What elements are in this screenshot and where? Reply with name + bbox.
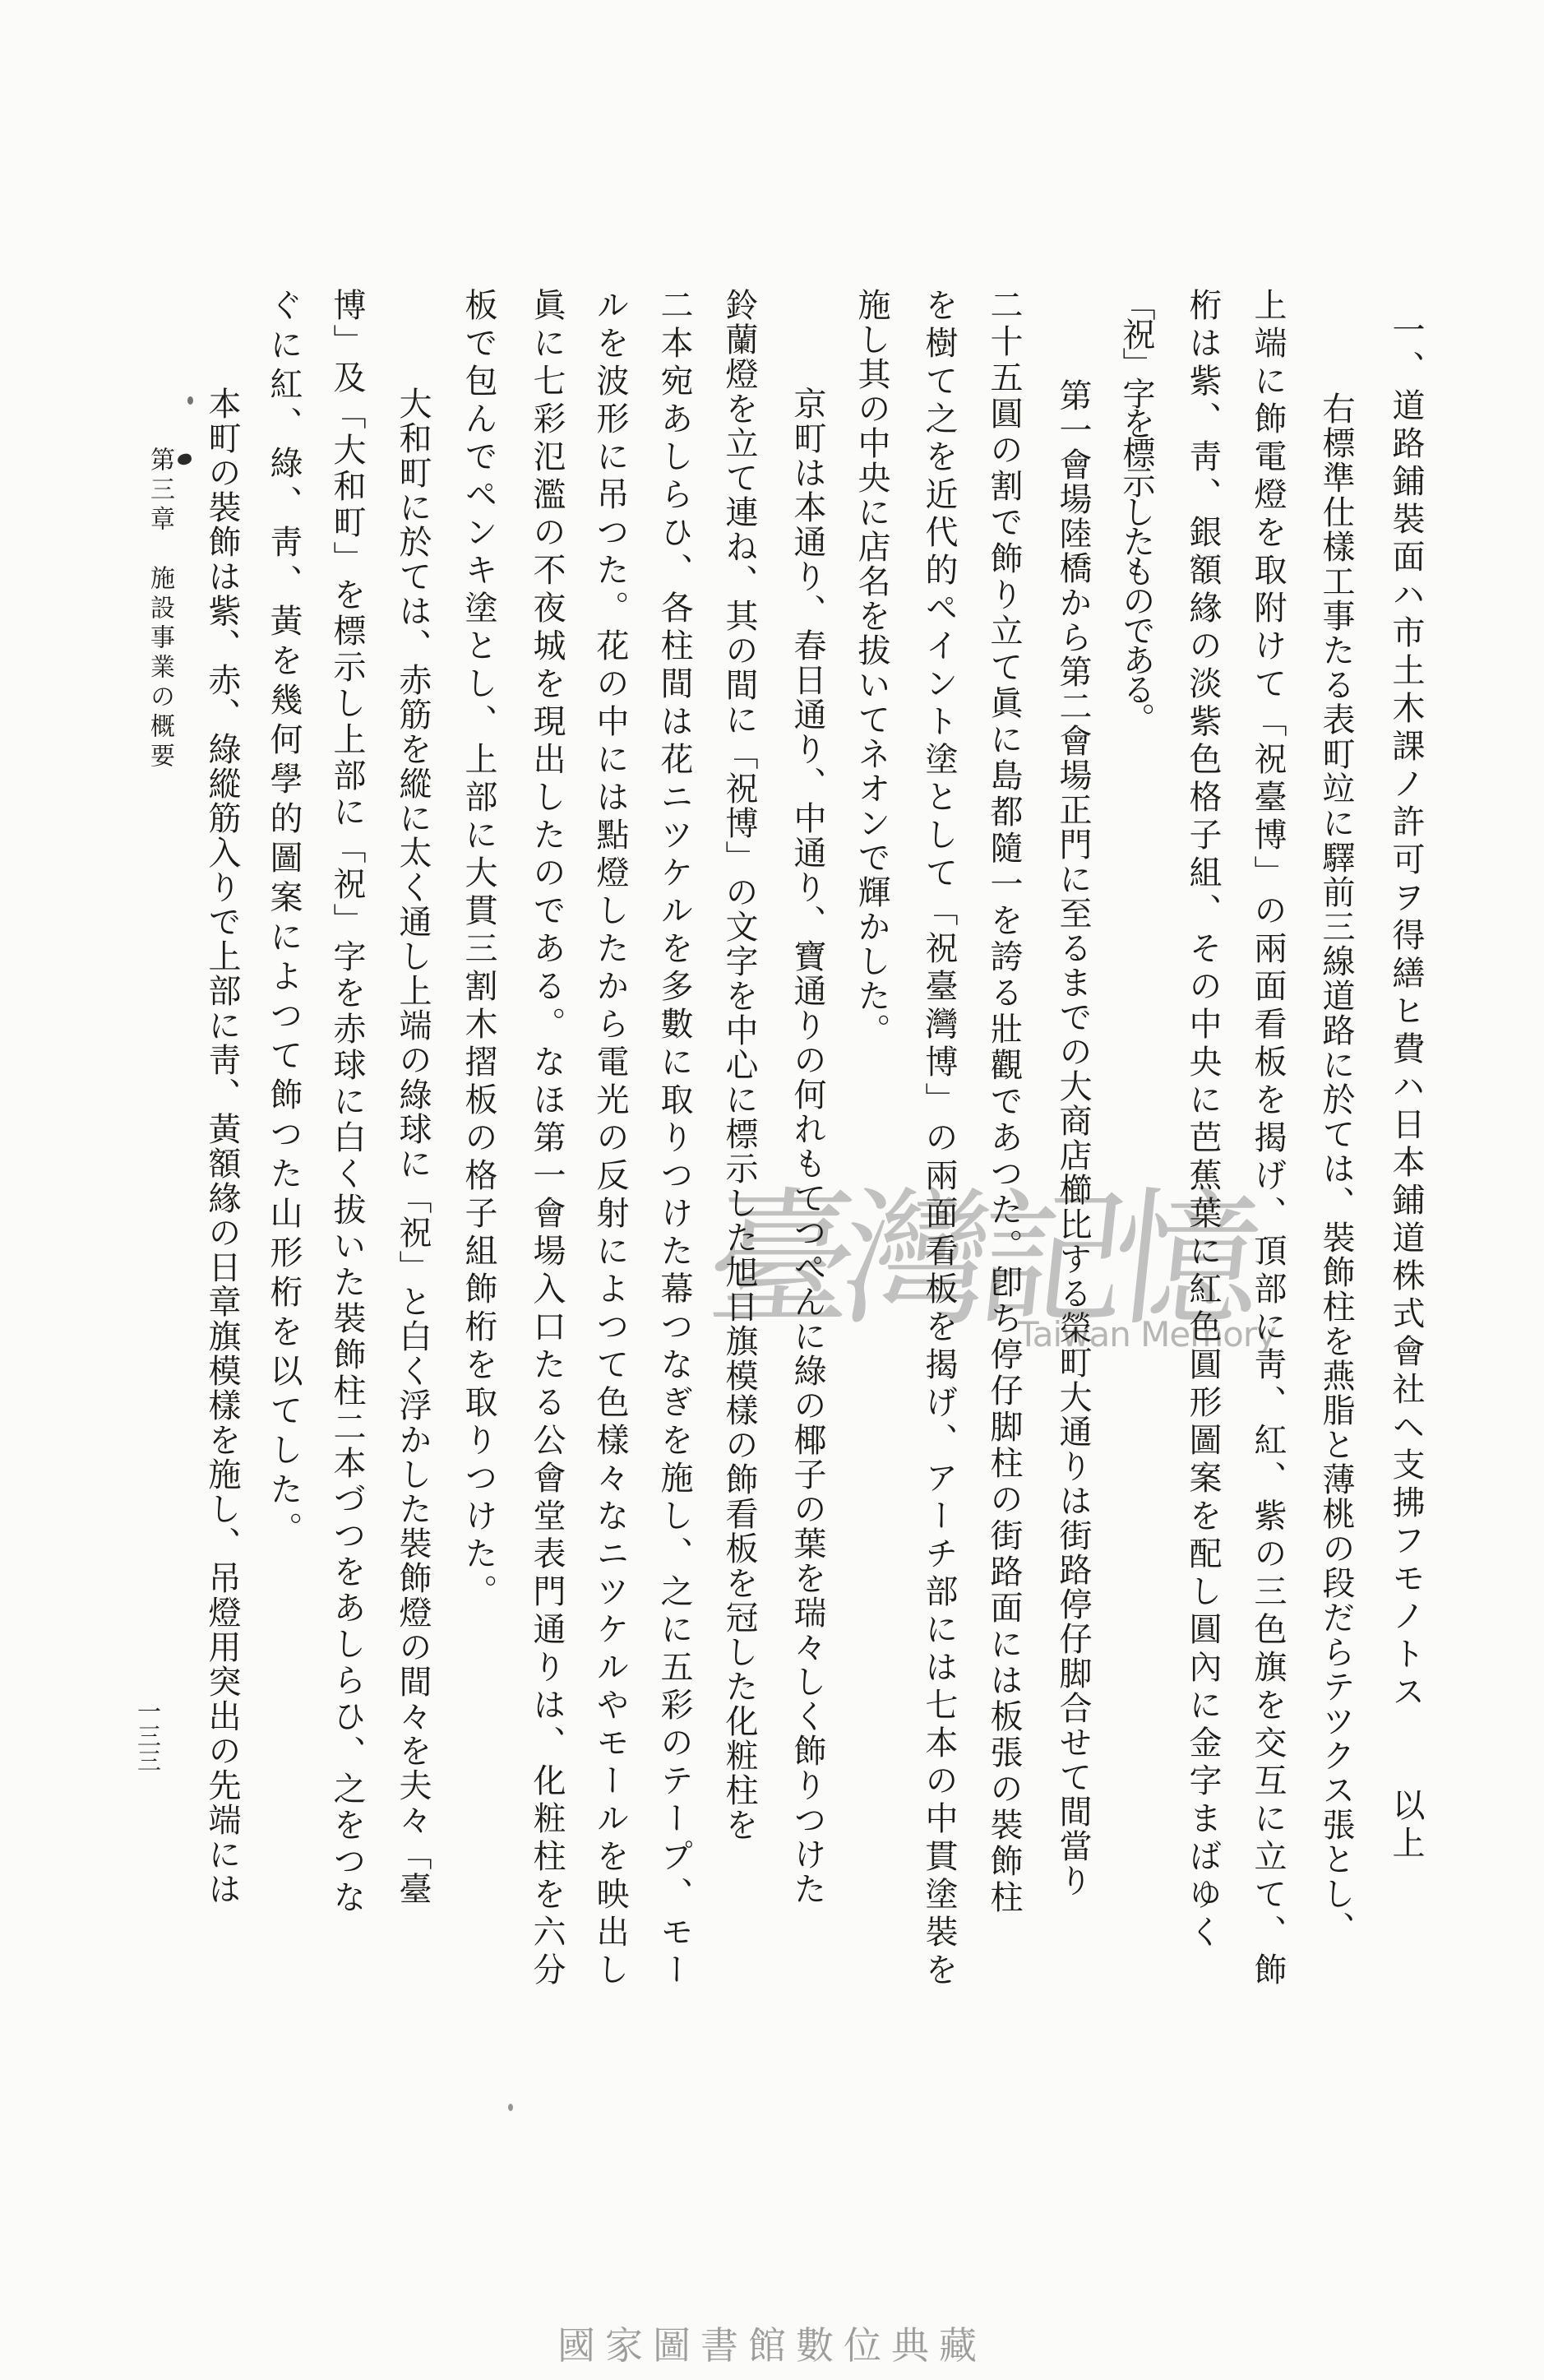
- text-column-16: 大和町に於ては、赤筋を縱に太く通し上端の綠球に「祝」と白く浮かした裝飾燈の間々を…: [396, 387, 429, 1906]
- text-column-11: 鈴蘭燈を立て連ね、其の間に「祝博」の文字を中心に標示した旭日旗模樣の飾看板を冠し…: [723, 288, 756, 1842]
- page-number: 一三三: [136, 1699, 159, 1773]
- text-column-5: 「祝」字を標示したものである。: [1120, 288, 1153, 732]
- scanned-book-page: 臺灣記憶 Taiwan Memory 第三章 施設事業の概要 一、道路鋪裝面ハ市…: [0, 0, 1544, 2380]
- text-column-13: ルを波形に吊つた。花の中には點燈したから電光の反射によつて色樣々なニツケルやモー…: [594, 288, 626, 1990]
- text-column-3: 上端に飾電燈を取附けて「祝臺博」の兩面看板を揭げ、頂部に靑、紅、紫の三色旗を交互…: [1251, 288, 1284, 1990]
- text-column-18: ぐに紅、綠、靑、黃を幾何學的圖案によつて飾つた山形桁を以てした。: [267, 288, 300, 1551]
- scan-speck: [187, 396, 193, 405]
- text-column-7: 二十五圓の割で飾り立て眞に島都隨一を誇る壯觀であつた。卽ち停仔脚柱の街路面には板…: [987, 288, 1020, 1916]
- chapter-heading: 第三章 施設事業の概要: [147, 447, 172, 772]
- text-column-2: 右標準仕樣工事たる表町竝に驛前三線道路に於ては、裝飾柱を燕脂と薄桃の段だらテツク…: [1320, 391, 1352, 1946]
- text-column-8: を樹て之を近代的ペイント塗として「祝臺灣博」の兩面看板を揭げ、アーチ部には七本の…: [922, 288, 955, 1990]
- text-column-14: 眞に七彩氾濫の不夜城を現出したのである。なほ第一會場入口たる公會堂表門通りは、化…: [530, 288, 563, 1990]
- scan-speck: [508, 2104, 513, 2111]
- text-column-15: 板で包んでペンキ塗とし、上部に大貫三割木摺板の格子組飾桁を取りつけた。: [462, 288, 495, 1612]
- text-column-17: 博」及「大和町」を標示し上部に「祝」字を赤球に白く拔いた裝飾柱二本づつをあしらひ…: [331, 288, 363, 1916]
- text-column-1: 一、道路鋪裝面ハ市土木課ノ許可ヲ得繕ヒ費ハ日本鋪道株式會社ヘ支拂フモノトス 以上: [1389, 313, 1422, 1864]
- footer-library-stamp: 國家圖書館數位典藏: [0, 2316, 1544, 2370]
- text-column-10: 京町は本通り、春日通り、中通り、寶通りの何れもてつぺんに綠の椰子の葉を瑞々しく飾…: [791, 387, 824, 1906]
- text-column-19: 本町の裝飾は紫、赤、綠縱筋入りで上部に靑、黃額緣の日章旗模樣を施し、吊燈用突出の…: [206, 387, 238, 1906]
- text-column-4: 桁は紫、靑、銀額緣の淡紫色格子組、その中央に芭蕉葉に紅色圓形圖案を配し圓內に金字…: [1186, 288, 1219, 1952]
- text-column-6: 第一會場陸橋から第二會場正門に至るまでの大商店櫛比する榮町大通りは街路停仔脚合せ…: [1056, 378, 1089, 1898]
- ink-mark: [177, 452, 192, 465]
- text-column-12: 二本宛あしらひ、各柱間は花ニツケルを多數に取りつけた幕つなぎを施し、之に五彩のテ…: [658, 288, 691, 1990]
- text-column-9: 施し其の中央に店名を拔いてネオンで輝かした。: [855, 288, 888, 1048]
